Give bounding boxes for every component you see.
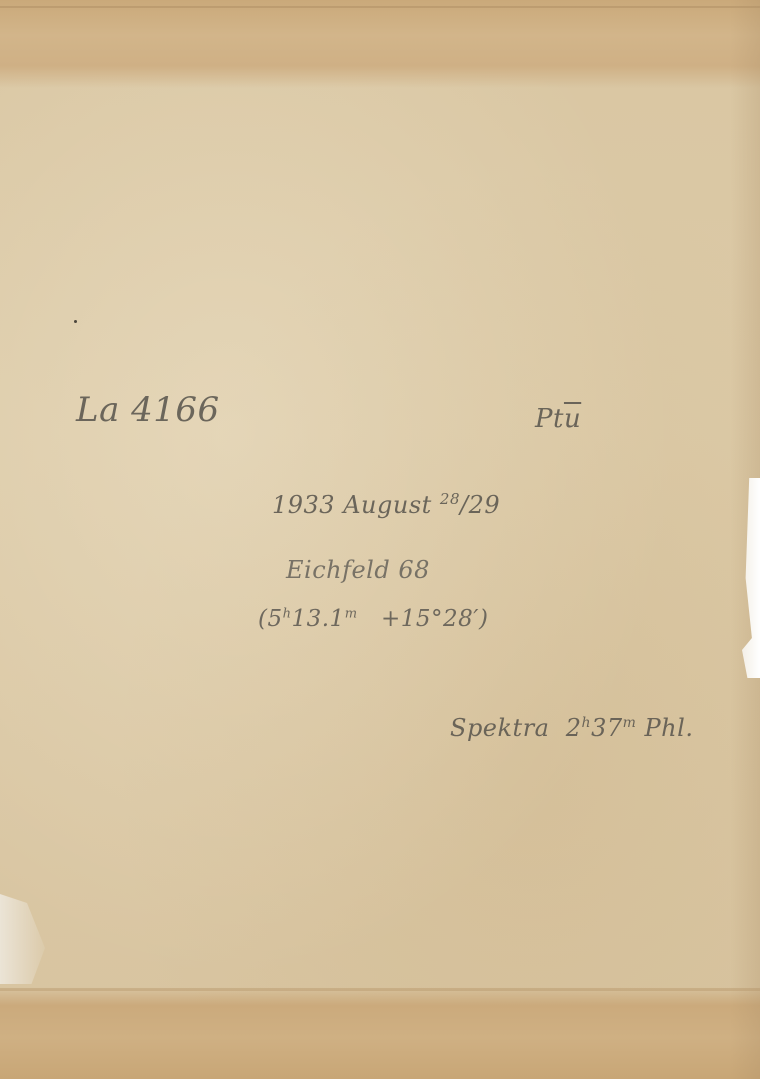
top-tape-edge [0,6,760,8]
bottom-tape-band [0,987,760,1079]
catalog-number: La 4166 [76,390,220,430]
envelope: La 4166 Ptu 1933 August 28/29 Eichfeld 6… [0,0,760,1079]
exposure-minutes: 37 [591,714,623,742]
date-day-second: /29 [460,491,500,519]
coordinates: (5h13.1m +15°28′) [258,606,488,632]
top-tape-band [0,0,760,88]
observation-date: 1933 August 28/29 [272,490,500,519]
exposure-hours: 2 [566,714,582,742]
coord-open: (5 [258,606,283,632]
exposure-hours-unit: h [582,715,592,731]
coord-minute-unit: m [345,606,358,621]
exposure-minutes-unit: m [623,715,637,731]
ink-speck [74,320,77,323]
date-day-first: 28 [440,490,460,508]
date-prefix: 1933 August [272,491,432,519]
exposure-note: Spektra 2h37m Phl. [450,714,693,742]
bottom-tape-edge [0,988,760,991]
plate-marker-suffix: u [564,404,581,434]
source-reference: Eichfeld 68 [286,556,430,584]
exposure-label: Spektra [450,714,549,742]
plate-marker: Ptu [535,404,581,434]
left-flap-fold [0,894,45,984]
coord-ra-value: 13.1 [291,606,344,632]
coord-declination: +15°28′) [381,606,489,632]
plate-marker-text: Pt [535,404,564,434]
exposure-suffix: Phl. [645,714,694,742]
